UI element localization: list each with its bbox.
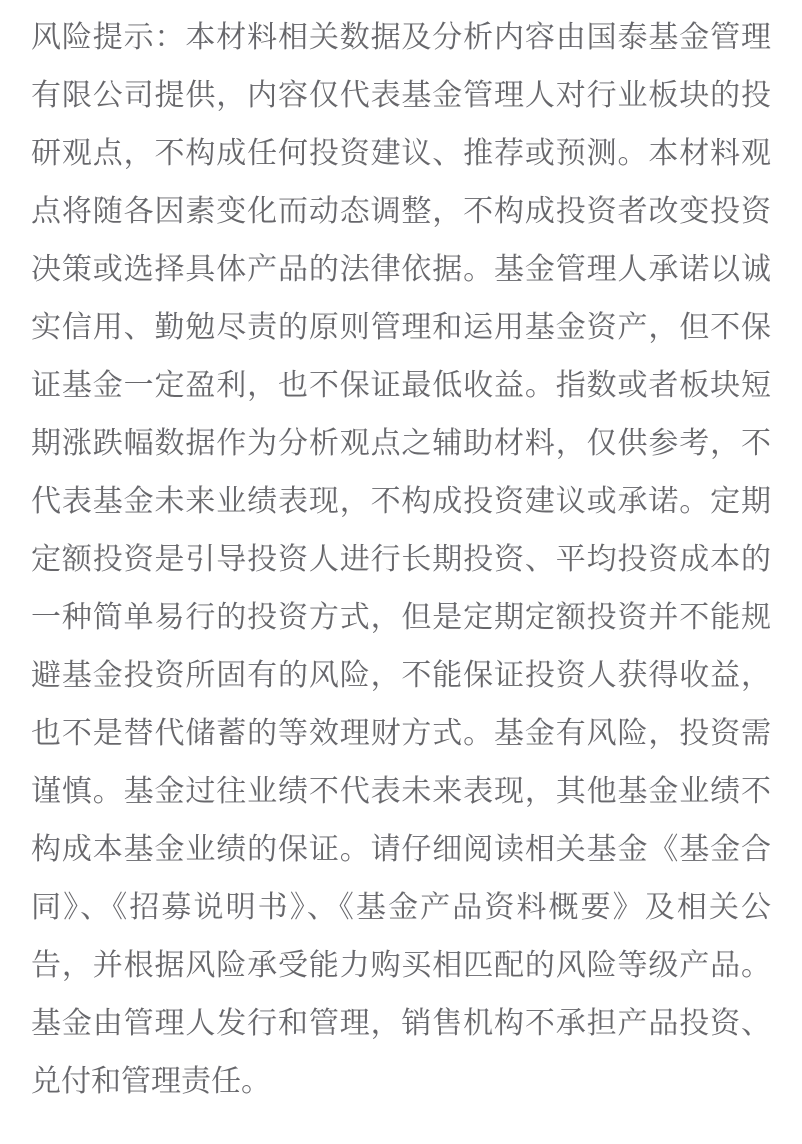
risk-disclosure-page: 风险提示：本材料相关数据及分析内容由国泰基金管理有限公司提供，内容仅代表基金管理… [0,0,802,1144]
risk-disclaimer-text: 风险提示：本材料相关数据及分析内容由国泰基金管理有限公司提供，内容仅代表基金管理… [31,9,771,1111]
